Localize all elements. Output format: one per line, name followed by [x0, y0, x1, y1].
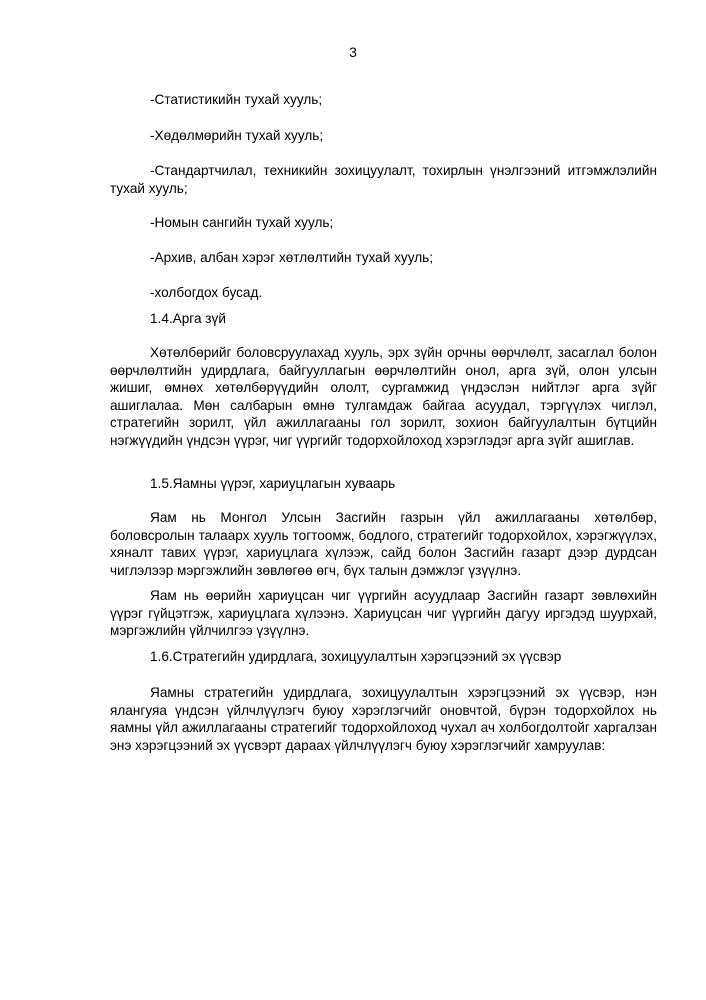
list-item: -Архив, албан хэрэг хөтлөлтийн тухай хуу…: [110, 249, 657, 267]
body-paragraph: Яам нь Монгол Улсын Засгийн газрын үйл а…: [110, 509, 657, 579]
page-number: 3: [0, 44, 706, 60]
body-paragraph: Яамны стратегийн удирдлага, зохицуулалты…: [110, 684, 657, 754]
list-item: -холбогдох бусад.: [110, 284, 657, 302]
section-heading: 1.4.Арга зүй: [110, 310, 657, 328]
body-paragraph: Яам нь өөрийн хариуцсан чиг үүргийн асуу…: [110, 587, 657, 640]
list-item: -Стандартчилал, техникийн зохицуулалт, т…: [110, 162, 657, 197]
section-heading: 1.6.Стратегийн удирдлага, зохицуулалтын …: [110, 648, 657, 666]
list-item: -Хөдөлмөрийн тухай хууль;: [110, 127, 657, 145]
section-heading: 1.5.Яамны үүрэг, хариуцлагын хуваарь: [110, 475, 657, 493]
document-page: 3 -Статистикийн тухай хууль; -Хөдөлмөрий…: [0, 0, 706, 1000]
list-item: -Номын сангийн тухай хууль;: [110, 214, 657, 232]
list-item: -Статистикийн тухай хууль;: [110, 91, 657, 109]
body-paragraph: Хөтөлбөрийг боловсруулахад хууль, эрх зү…: [110, 344, 657, 449]
